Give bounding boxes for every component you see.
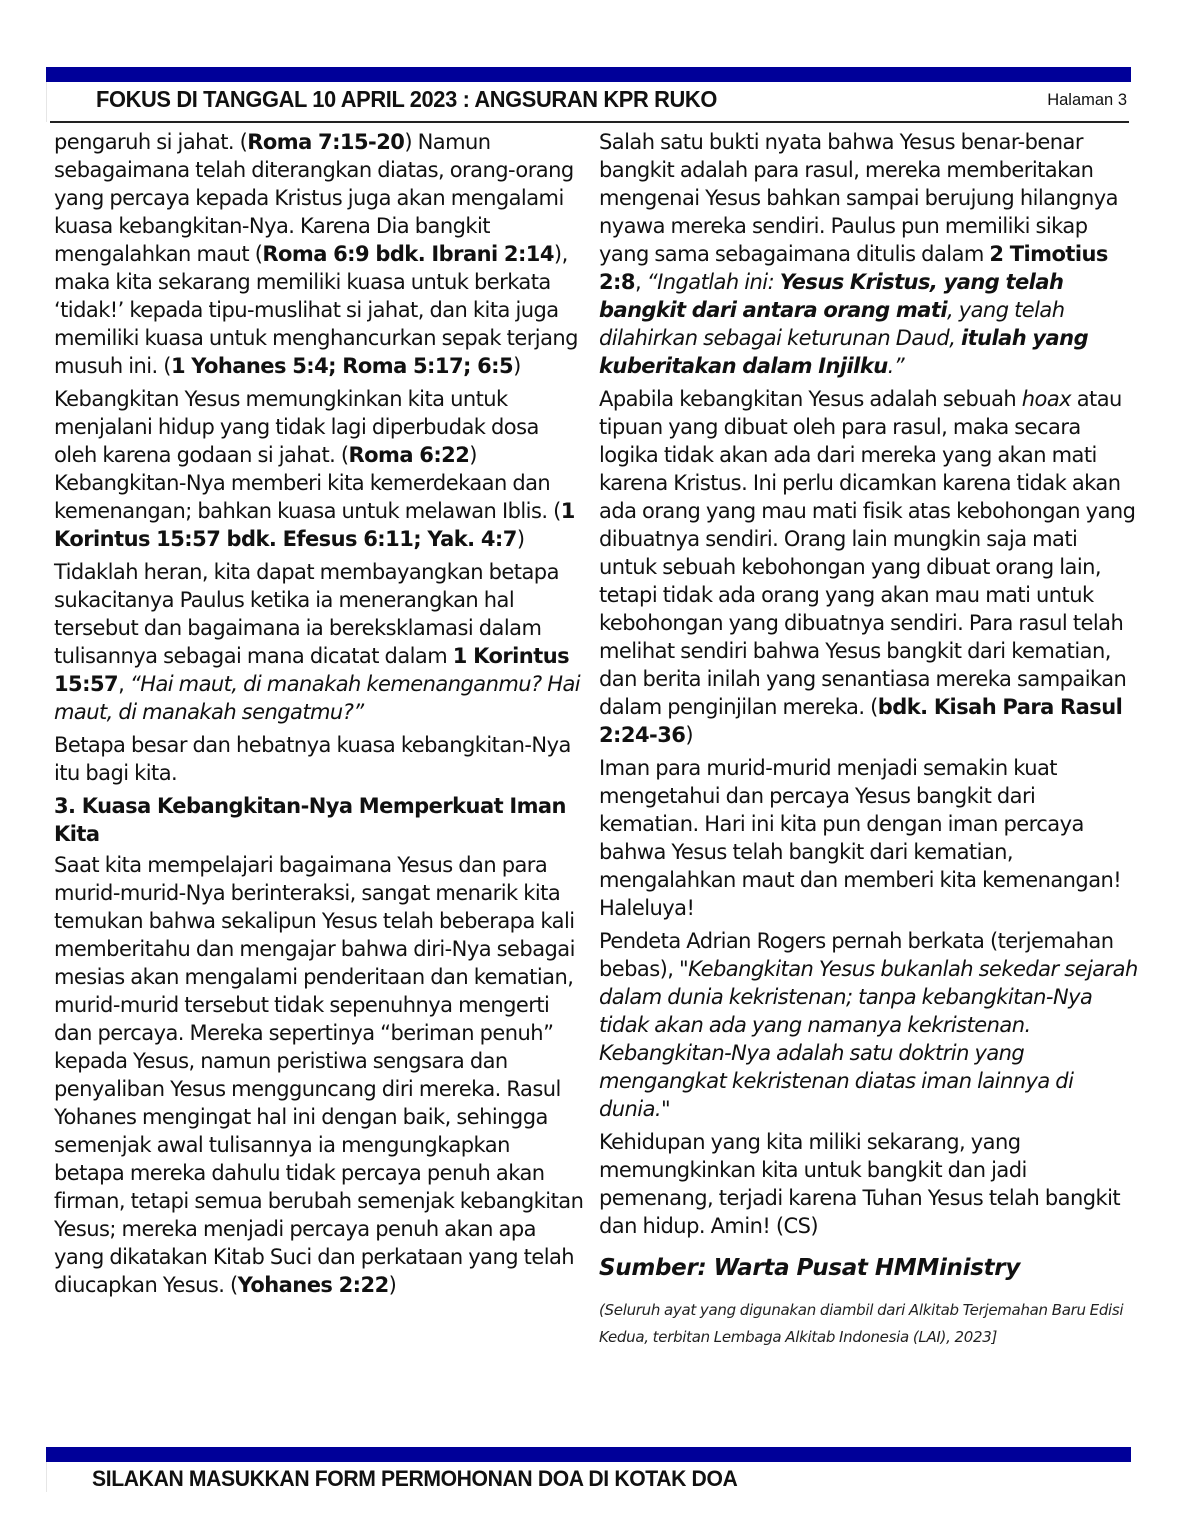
page-title: FOKUS DI TANGGAL 10 APRIL 2023 : ANGSURA… <box>96 86 717 113</box>
left-column: pengaruh si jahat. (Roma 7:15-20) Namun … <box>54 128 584 1304</box>
header-divider <box>50 121 1129 123</box>
paragraph: Kehidupan yang kita miliki sekarang, yan… <box>599 1128 1139 1240</box>
scripture-reference: Roma 7:15-20 <box>247 130 404 154</box>
scripture-reference: Roma 6:9 bdk. Ibrani 2:14 <box>262 242 554 266</box>
paragraph: Kebangkitan Yesus memungkinkan kita untu… <box>54 385 584 553</box>
section-heading: 3. Kuasa Kebangkitan-Nya Memperkuat Iman… <box>54 792 584 848</box>
source-credit: Sumber: Warta Pusat HMMinistry <box>599 1254 1139 1282</box>
scripture-reference: Roma 6:22 <box>349 443 470 467</box>
scripture-reference: Yohanes 2:22 <box>238 1273 389 1297</box>
translation-note: (Seluruh ayat yang digunakan diambil dar… <box>599 1297 1139 1351</box>
paragraph: Saat kita mempelajari bagaimana Yesus da… <box>54 851 584 1299</box>
scripture-quote: “Hai maut, di manakah kemenanganmu? Hai … <box>54 672 580 724</box>
paragraph: Salah satu bukti nyata bahwa Yesus benar… <box>599 128 1139 380</box>
paragraph: Betapa besar dan hebatnya kuasa kebangki… <box>54 731 584 787</box>
paragraph: pengaruh si jahat. (Roma 7:15-20) Namun … <box>54 128 584 380</box>
header-left-edge <box>46 82 47 122</box>
paragraph: Pendeta Adrian Rogers pernah berkata (te… <box>599 927 1139 1123</box>
header-color-bar <box>46 67 1131 82</box>
paragraph: Iman para murid-murid menjadi semakin ku… <box>599 754 1139 922</box>
footer-color-bar <box>46 1447 1131 1462</box>
scripture-reference: 1 Yohanes 5:4; Roma 5:17; 6:5 <box>171 354 513 378</box>
footer-left-edge <box>46 1462 47 1492</box>
footer-announcement: SILAKAN MASUKKAN FORM PERMOHONAN DOA DI … <box>92 1466 737 1492</box>
paragraph: Apabila kebangkitan Yesus adalah sebuah … <box>599 385 1139 749</box>
paragraph: Tidaklah heran, kita dapat membayangkan … <box>54 558 584 726</box>
page-number: Halaman 3 <box>1047 91 1127 110</box>
right-column: Salah satu bukti nyata bahwa Yesus benar… <box>599 128 1139 1366</box>
quote: "Kebangkitan Yesus bukanlah sekedar seja… <box>599 957 1138 1121</box>
scripture-quote: “Ingatlah ini: Yesus Kristus, yang telah… <box>599 270 1088 378</box>
